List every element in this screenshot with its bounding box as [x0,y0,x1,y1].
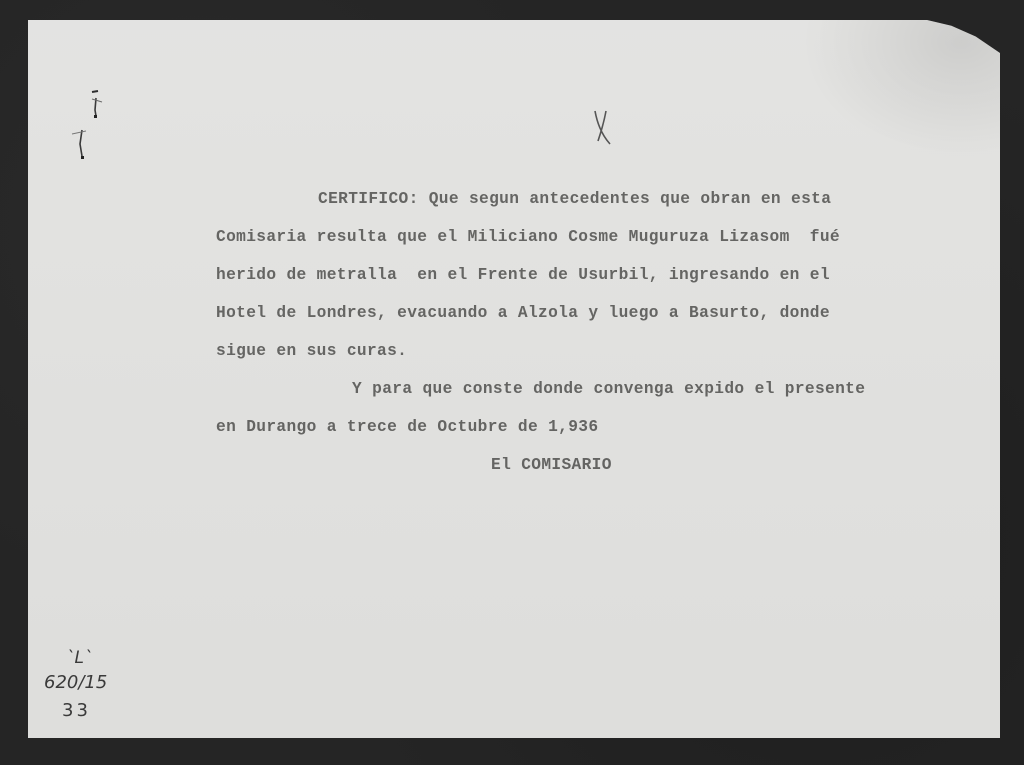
certificate-line-2: Comisaria resulta que el Miliciano Cosme… [216,228,840,246]
certificate-line-5: sigue en sus curas. [216,342,407,360]
archive-letter: ˋLˋ [66,648,92,668]
certificate-line-6: Y para que conste donde convenga expido … [352,380,865,398]
pencil-tick-marks-icon [62,86,110,166]
page-number: 33 [62,700,91,721]
handwritten-x-mark-icon [588,108,616,148]
signature-line: El COMISARIO [491,456,612,474]
certificate-line-4: Hotel de Londres, evacuando a Alzola y l… [216,304,830,322]
document-sheet [28,20,1000,738]
archive-reference: 620/15 [44,672,107,693]
certificate-line-1: CERTIFICO: Que segun antecedentes que ob… [318,190,831,208]
certificate-line-3: herido de metralla en el Frente de Usurb… [216,266,830,284]
certificate-line-7: en Durango a trece de Octubre de 1,936 [216,418,598,436]
